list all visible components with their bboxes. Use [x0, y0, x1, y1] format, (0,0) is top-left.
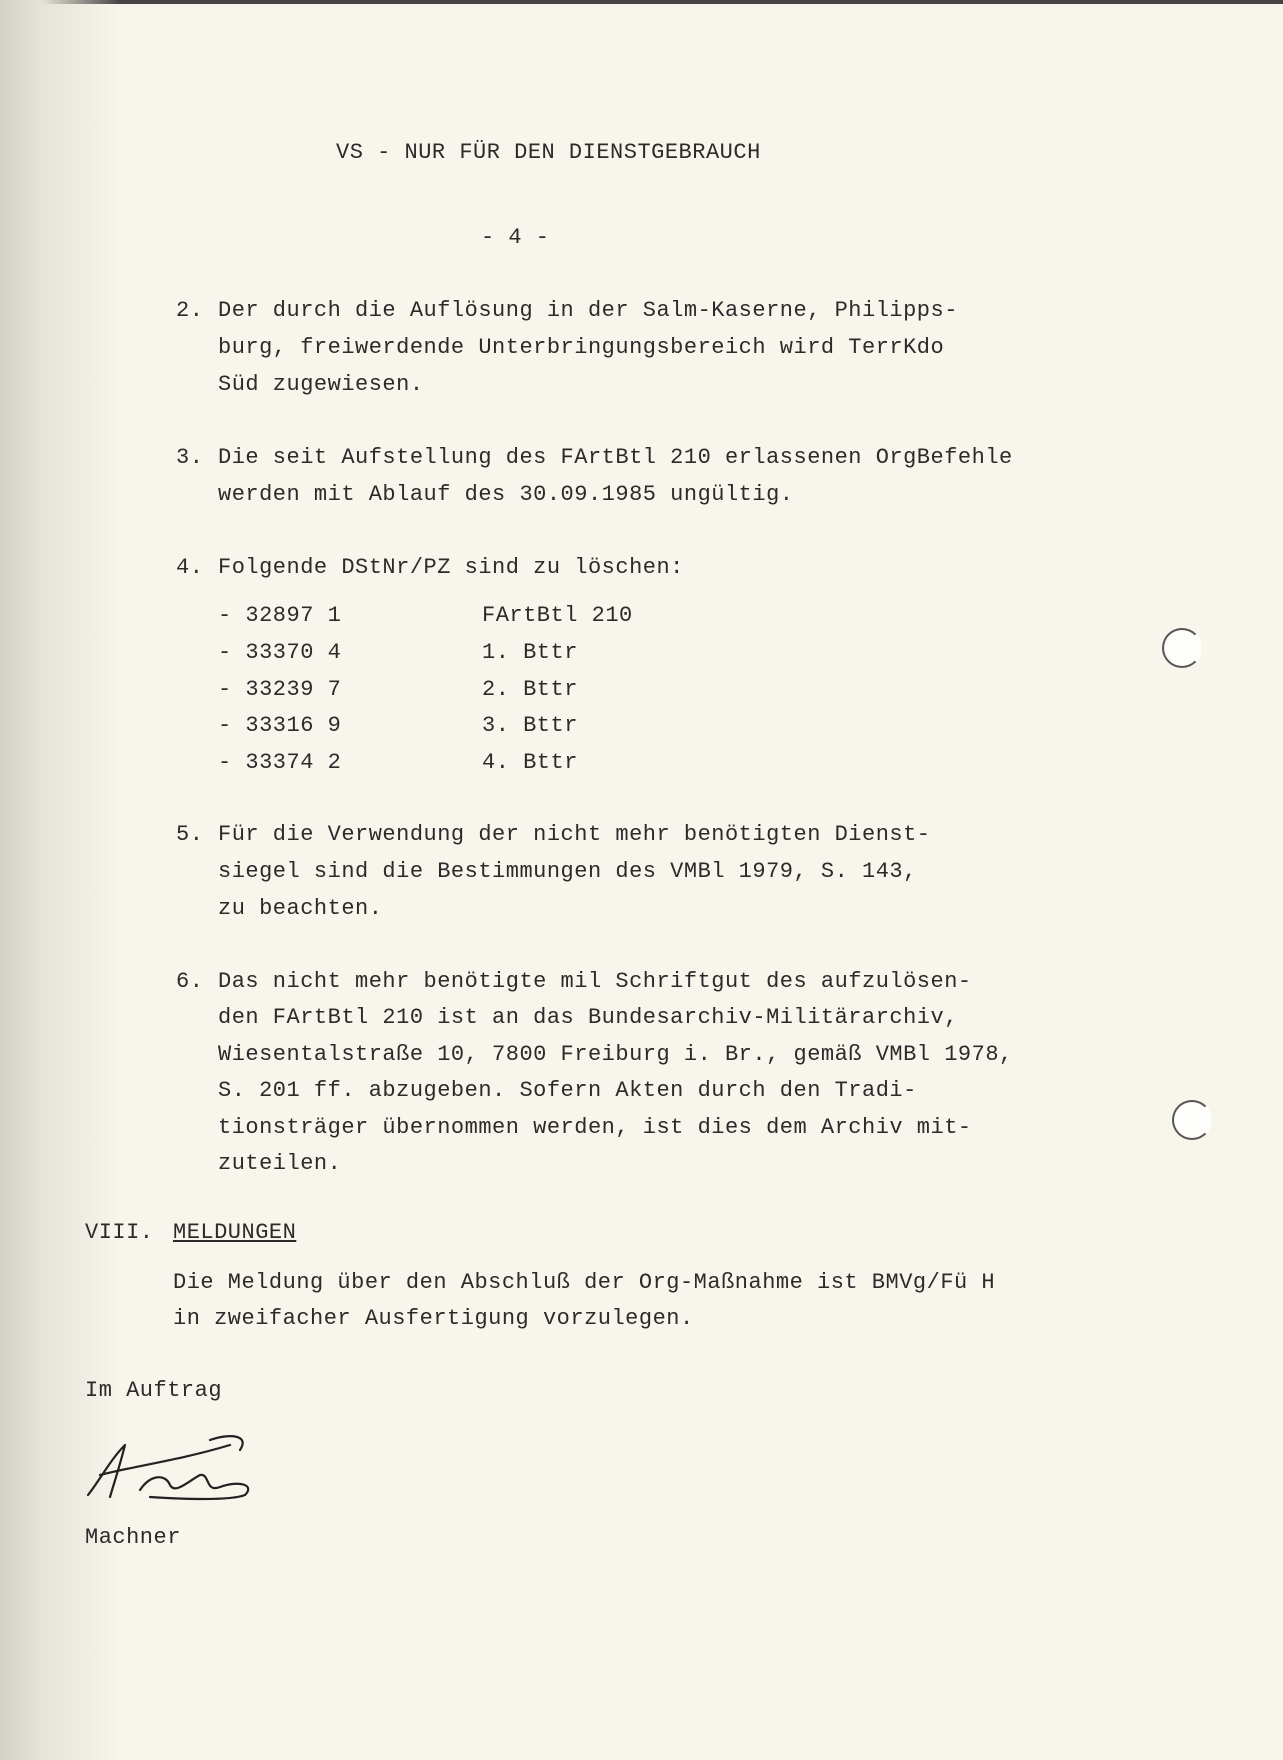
item-line: den FArtBtl 210 ist an das Bundesarchiv-…	[218, 1005, 958, 1030]
dstnr-code: - 33239 7	[218, 677, 341, 702]
dstnr-unit: 4. Bttr	[482, 750, 578, 775]
closing-phrase: Im Auftrag	[85, 1378, 222, 1403]
item-line: Das nicht mehr benötigte mil Schriftgut …	[218, 969, 972, 994]
dstnr-unit: 1. Bttr	[482, 640, 578, 665]
item-line: S. 201 ff. abzugeben. Sofern Akten durch…	[218, 1078, 917, 1103]
page-top-edge	[0, 0, 1283, 4]
item-number: 4.	[176, 555, 203, 580]
item-line: Folgende DStNr/PZ sind zu löschen:	[218, 555, 684, 580]
item-line: Der durch die Auflösung in der Salm-Kase…	[218, 298, 958, 323]
dstnr-unit: 3. Bttr	[482, 713, 578, 738]
item-line: zuteilen.	[218, 1151, 341, 1176]
item-number: 6.	[176, 969, 203, 994]
item-number: 2.	[176, 298, 203, 323]
dstnr-unit: FArtBtl 210	[482, 603, 633, 628]
punch-hole-upper	[1162, 628, 1202, 668]
item-line: zu beachten.	[218, 896, 382, 921]
dstnr-code: - 32897 1	[218, 603, 341, 628]
item-line: Die seit Aufstellung des FArtBtl 210 erl…	[218, 445, 1013, 470]
item-line: siegel sind die Bestimmungen des VMBl 19…	[218, 859, 917, 884]
punch-hole-lower	[1172, 1100, 1212, 1140]
section-title: MELDUNGEN	[173, 1220, 296, 1245]
item-line: tionsträger übernommen werden, ist dies …	[218, 1115, 972, 1140]
item-line: Süd zugewiesen.	[218, 372, 424, 397]
signatory-name: Machner	[85, 1525, 181, 1550]
item-line: Für die Verwendung der nicht mehr benöti…	[218, 822, 931, 847]
signature-icon	[80, 1425, 270, 1505]
item-line: werden mit Ablauf des 30.09.1985 ungülti…	[218, 482, 794, 507]
section-line: Die Meldung über den Abschluß der Org-Ma…	[173, 1270, 995, 1295]
section-line: in zweifacher Ausfertigung vorzulegen.	[173, 1306, 694, 1331]
section-numeral: VIII.	[85, 1220, 154, 1245]
page-number: - 4 -	[481, 225, 550, 250]
dstnr-code: - 33374 2	[218, 750, 341, 775]
dstnr-unit: 2. Bttr	[482, 677, 578, 702]
classification-header: VS - NUR FÜR DEN DIENSTGEBRAUCH	[336, 140, 761, 165]
item-number: 5.	[176, 822, 203, 847]
item-line: Wiesentalstraße 10, 7800 Freiburg i. Br.…	[218, 1042, 1013, 1067]
dstnr-code: - 33370 4	[218, 640, 341, 665]
dstnr-code: - 33316 9	[218, 713, 341, 738]
item-number: 3.	[176, 445, 203, 470]
item-line: burg, freiwerdende Unterbringungsbereich…	[218, 335, 944, 360]
